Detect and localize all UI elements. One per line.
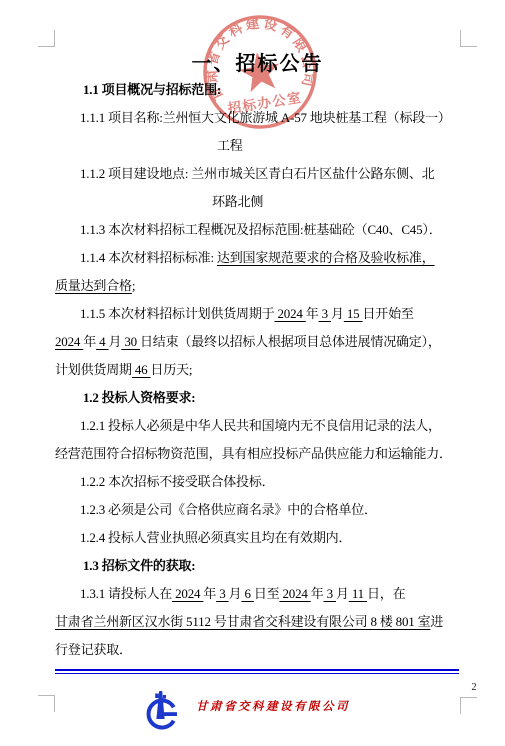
text-line: 计划供货周期 46 日历天; xyxy=(55,356,460,384)
text-segment: 1.2.1 投标人必须是中华人民共和国境内无不良信用记录的法人， xyxy=(80,418,441,433)
text-segment: ; xyxy=(132,278,135,293)
text-segment: 日结束（最终以招标人根据项目总体进展情况确定）， xyxy=(140,334,441,349)
text-segment: 甘肃省兰州新区汉水街 5112 号甘肃省交科建设有限公司 8 楼 801 室 xyxy=(55,614,430,629)
text-segment: 日历天; xyxy=(151,362,193,377)
text-segment: 日开始至 xyxy=(363,306,414,321)
text-line: 1.2 投标人资格要求: xyxy=(83,384,460,412)
text-segment: 1.2.3 必须是公司《合格供应商名录》中的合格单位． xyxy=(80,502,377,517)
text-segment: 环路北侧 xyxy=(212,194,263,209)
text-segment: 达到国家规范要求的合格及验收标准， xyxy=(217,250,435,265)
text-line: 1.2.3 必须是公司《合格供应商名录》中的合格单位． xyxy=(80,496,460,524)
text-segment: 2024 xyxy=(274,306,305,321)
text-segment: 15 xyxy=(344,306,363,321)
text-line: 2024 年 4 月 30 日结束（最终以招标人根据项目总体进展情况确定）， xyxy=(55,328,460,356)
text-segment: 1.3 招标文件的获取: xyxy=(83,558,195,573)
text-segment: 3 xyxy=(319,306,331,321)
text-segment: 年 xyxy=(83,334,96,349)
text-segment: 1.1.3 本次材料招标工程概况及招标范围:桩基础砼（C40、C45）． xyxy=(80,222,442,237)
text-segment: 1.2 投标人资格要求: xyxy=(83,390,195,405)
page-title: 一、招标公告 xyxy=(55,47,460,73)
document-body: 1.1 项目概况与招标范围:1.1.1 项目名称:兰州恒大文化旅游城 A-57 … xyxy=(55,76,460,664)
text-segment: 月 xyxy=(108,334,121,349)
text-segment: 2024 xyxy=(172,586,203,601)
text-line: 1.1.3 本次材料招标工程概况及招标范围:桩基础砼（C40、C45）． xyxy=(80,216,460,244)
text-line: 质量达到合格; xyxy=(55,272,460,300)
text-segment: 经营范围符合招标物资范围，具有相应投标产品供应能力和运输能力． xyxy=(55,446,452,461)
crop-mark-top-left xyxy=(38,30,55,47)
text-line: 1.3 招标文件的获取: xyxy=(83,552,460,580)
text-line: 行登记获取． xyxy=(55,636,460,664)
text-segment: 1.3.1 请投标人在 xyxy=(80,586,172,601)
text-segment: 1.1.1 项目名称:兰州恒大文化旅游城 A-57 地块桩基工程（标段一） xyxy=(80,110,451,125)
company-logo-icon xyxy=(144,688,180,732)
text-line: 1.2.4 投标人营业执照必须真实且均在有效期内． xyxy=(80,524,460,552)
text-line: 1.1 项目概况与招标范围: xyxy=(83,76,460,104)
text-segment: 6 xyxy=(241,586,253,601)
text-segment: 3 xyxy=(216,586,228,601)
text-segment: 46 xyxy=(132,362,151,377)
crop-mark-bottom-right xyxy=(460,697,477,714)
text-line: 1.2.2 本次招标不接受联合体投标． xyxy=(80,468,460,496)
text-line: 1.1.1 项目名称:兰州恒大文化旅游城 A-57 地块桩基工程（标段一） xyxy=(80,104,460,132)
document-page: 甘肃省交科建设有限公司 招标办公室 一、招标公告 1.1 项目概况与招标范围:1… xyxy=(0,0,505,746)
text-segment: 1.1 项目概况与招标范围: xyxy=(83,82,221,97)
text-segment: 1.2.2 本次招标不接受联合体投标． xyxy=(80,474,274,489)
crop-mark-bottom-left xyxy=(38,695,55,712)
text-segment: 1.2.4 投标人营业执照必须真实且均在有效期内． xyxy=(80,530,351,545)
text-segment: 年 xyxy=(311,586,324,601)
text-segment: 1.1.2 项目建设地点: 兰州市城关区青白石片区盐什公路东侧、北 xyxy=(80,166,435,181)
text-segment: 月 xyxy=(229,586,242,601)
text-line: 1.1.5 本次材料招标计划供货周期于 2024 年 3 月 15 日开始至 xyxy=(80,300,460,328)
text-line: 工程 xyxy=(217,132,460,160)
text-segment: 行登记获取． xyxy=(55,642,132,657)
crop-mark-top-right xyxy=(460,30,477,47)
text-segment: 月 xyxy=(331,306,344,321)
text-segment: 2024 xyxy=(55,334,83,349)
text-line: 甘肃省兰州新区汉水街 5112 号甘肃省交科建设有限公司 8 楼 801 室进 xyxy=(55,608,460,636)
footer-company-name: 甘肃省交科建设有限公司 xyxy=(196,698,350,716)
text-segment: 进 xyxy=(430,614,443,629)
text-segment: 质量达到合格 xyxy=(55,278,132,293)
text-segment: 计划供货周期 xyxy=(55,362,132,377)
text-line: 环路北侧 xyxy=(212,188,460,216)
text-segment: 日至 xyxy=(254,586,280,601)
text-line: 1.2.1 投标人必须是中华人民共和国境内无不良信用记录的法人， xyxy=(80,412,460,440)
text-segment: 3 xyxy=(324,586,336,601)
text-segment: 11 xyxy=(349,586,367,601)
text-segment: 30 xyxy=(121,334,140,349)
text-segment: 工程 xyxy=(217,138,243,153)
text-segment: 年 xyxy=(203,586,216,601)
text-segment: 2024 xyxy=(279,586,310,601)
text-line: 1.1.4 本次材料招标标准: 达到国家规范要求的合格及验收标准， xyxy=(80,244,460,272)
text-segment: 月 xyxy=(336,586,349,601)
text-line: 经营范围符合招标物资范围，具有相应投标产品供应能力和运输能力． xyxy=(55,440,460,468)
text-segment: 日，在 xyxy=(367,586,405,601)
text-segment: 1.1.4 本次材料招标标准: xyxy=(80,250,217,265)
text-line: 1.1.2 项目建设地点: 兰州市城关区青白石片区盐什公路东侧、北 xyxy=(80,160,460,188)
text-segment: 年 xyxy=(306,306,319,321)
page-number: 2 xyxy=(466,681,482,695)
text-segment: 4 xyxy=(96,334,108,349)
footer-divider xyxy=(55,669,459,674)
text-segment: 1.1.5 本次材料招标计划供货周期于 xyxy=(80,306,274,321)
text-line: 1.3.1 请投标人在 2024 年 3 月 6 日至 2024 年 3 月 1… xyxy=(80,580,460,608)
